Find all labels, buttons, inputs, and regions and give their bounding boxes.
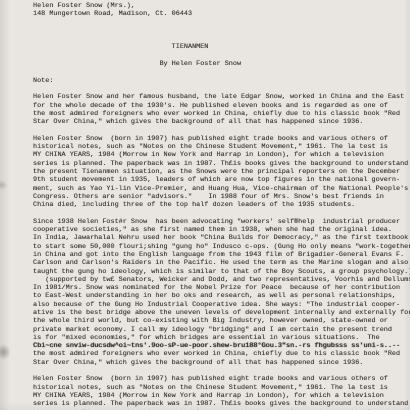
document-line: Congress. Others are senior "advisors." … <box>33 193 410 201</box>
document-line: in China and got into the English langua… <box>33 251 410 259</box>
document-line: taught the gung ho ideology, which is si… <box>33 268 410 276</box>
document-line: 9th student movement in 1935, leaders of… <box>33 176 410 184</box>
document-line: historical notes, such as "Notes on the … <box>33 384 410 392</box>
document-line: the present Tienanmen situation, as the … <box>33 168 410 176</box>
document-line: is for "mixed economies," for which brid… <box>33 334 410 342</box>
letterhead-address-line: 148 Mungertown Road, Madison, Ct. 06443 <box>33 10 410 18</box>
document-line <box>33 126 410 134</box>
document-line: (supported by tw£ Senators, Weicker and … <box>33 276 410 284</box>
typewritten-page: Helen Foster Snow (Mrs.),148 Mungertown … <box>0 0 410 410</box>
document-line: series is planned. The paperback was in … <box>33 400 410 408</box>
note-label: Note: <box>33 77 410 85</box>
document-line: to East-West understanding in her bo oks… <box>33 292 410 300</box>
document-title: TIENANMEN <box>33 43 410 51</box>
document-line: for the whole decade of the 1930's. He p… <box>33 102 410 110</box>
scan-smudge-small <box>0 180 8 190</box>
document-line: the most admired foreigners who ever wor… <box>33 110 410 118</box>
document-line <box>33 19 410 27</box>
document-line: Star Over China," which gives the backgr… <box>33 359 410 367</box>
document-line: private market economy. I call my ideolo… <box>33 326 410 334</box>
scan-smudge <box>0 344 11 360</box>
byline: By Helen Foster Snow <box>33 60 410 68</box>
document-line: Carlson and Carlson's Raiders in the Pac… <box>33 259 410 267</box>
document-line <box>33 209 410 217</box>
document-line: the most admired foreigners who ever wor… <box>33 350 410 358</box>
document-line: MY CHINA YEARS, 1984 (Morrow in New York… <box>33 151 410 159</box>
document-line: the whole third world, but co-existing w… <box>33 317 410 325</box>
document-line <box>33 27 410 35</box>
document-line <box>33 68 410 76</box>
document-line: also because of the Gung Ho Industrial C… <box>33 301 410 309</box>
document-line: Star Over China," which gives the backgr… <box>33 118 410 126</box>
document-line: Helen Foster Snow (born in 1907) has pub… <box>33 375 410 383</box>
document-line: to start some 50,000 flouri;shing "gung … <box>33 243 410 251</box>
document-line: ment, such as Yao Yi-lin Vice-Premier, a… <box>33 185 410 193</box>
document-line: MY CHINA YEARS, 1984 (Morrow in New York… <box>33 392 410 400</box>
document-line: Helen Foster Snow (born in 1907) has pub… <box>33 135 410 143</box>
document-line: series is planned. The paperback was in … <box>33 160 410 168</box>
page-lines: Helen Foster Snow (Mrs.),148 Mungertown … <box>33 2 410 410</box>
document-line: China died, including three of the top h… <box>33 201 410 209</box>
document-line: In India, Jawarhalal Nehru used her book… <box>33 234 410 242</box>
document-line <box>33 52 410 60</box>
document-line: Helen Foster Snow and her famous husband… <box>33 93 410 101</box>
document-line: Since 1938 Helen Fost#r Snow has been ad… <box>33 218 410 226</box>
